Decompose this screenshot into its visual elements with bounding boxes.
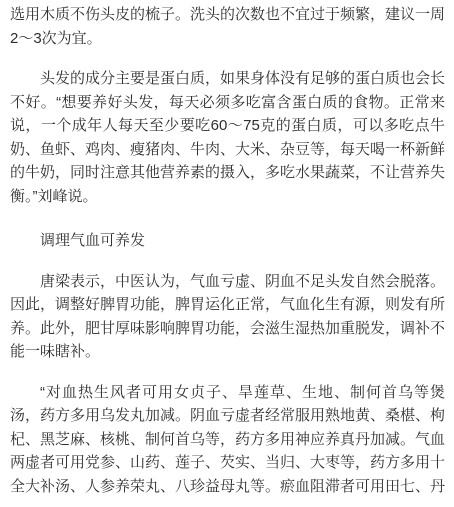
article-paragraph: 选用木质不伤头皮的梳子。洗头的次数也不宜过于频繁，建议一周2～3次为宜。: [10, 3, 445, 50]
article-paragraph: 唐梁表示，中医认为，气血亏虚、阴血不足头发自然会脱落。因此，调整好脾胃功能，脾胃…: [10, 270, 445, 364]
article-paragraph: “对血热生风者可用女贞子、旱莲草、生地、制何首乌等煲汤，药方多用乌发丸加减。阴血…: [10, 381, 445, 499]
article-paragraph: 头发的成分主要是蛋白质，如果身体没有足够的蛋白质也会长不好。“想要养好头发，每天…: [10, 67, 445, 208]
section-heading: 调理气血可养发: [10, 229, 445, 253]
article-body: 选用木质不伤头皮的梳子。洗头的次数也不宜过于频繁，建议一周2～3次为宜。头发的成…: [10, 3, 445, 498]
article-page: 选用木质不伤头皮的梳子。洗头的次数也不宜过于频繁，建议一周2～3次为宜。头发的成…: [0, 0, 454, 507]
